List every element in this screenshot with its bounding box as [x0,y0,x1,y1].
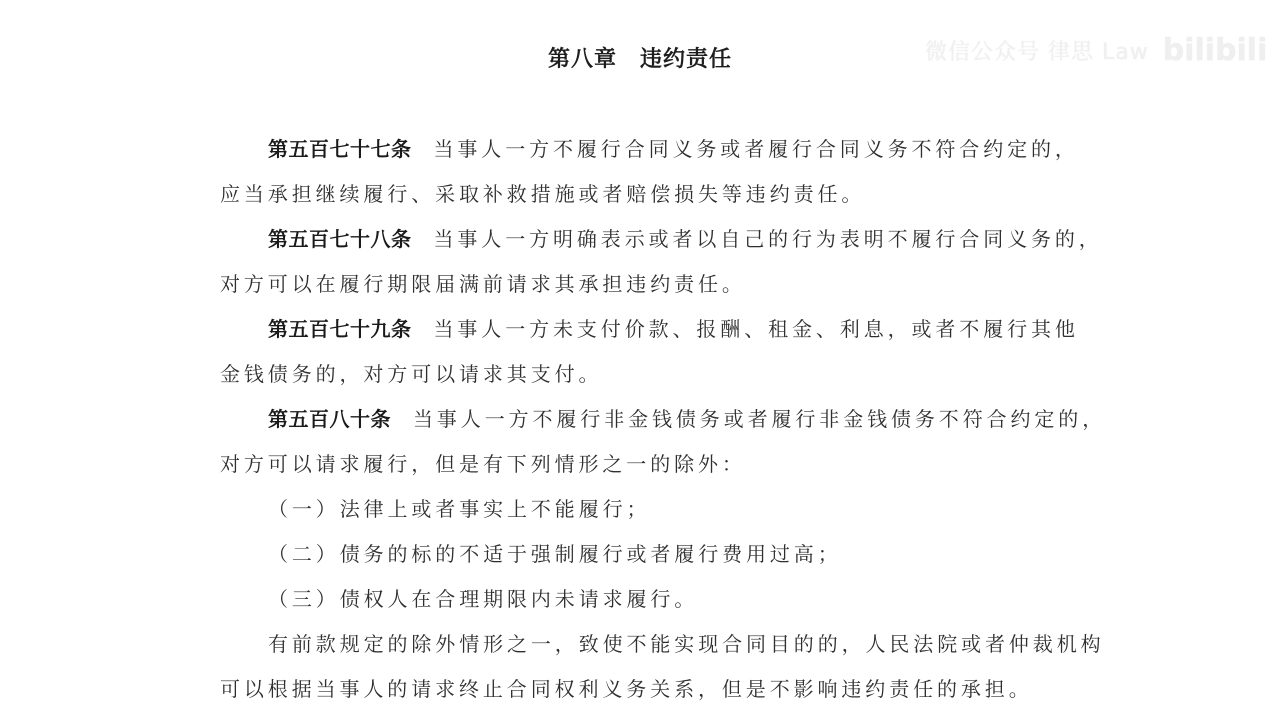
article-580-item-3: （三）债权人在合理期限内未请求履行。 [220,577,1070,622]
document-body: 第五百七十七条当事人一方不履行合同义务或者履行合同义务不符合约定的， 应当承担继… [220,127,1070,712]
list-item: （三）债权人在合理期限内未请求履行。 [268,587,698,611]
article-text: 应当承担继续履行、采取补救措施或者赔偿损失等违约责任。 [220,182,865,206]
article-text: 有前款规定的除外情形之一，致使不能实现合同目的的，人民法院或者仲裁机构 [268,632,1105,656]
article-number: 第五百七十八条 [268,227,412,251]
article-577-line-2: 应当承担继续履行、采取补救措施或者赔偿损失等违约责任。 [220,172,1070,217]
article-578-line-1: 第五百七十八条当事人一方明确表示或者以自己的行为表明不履行合同义务的， [220,217,1070,262]
article-578-line-2: 对方可以在履行期限届满前请求其承担违约责任。 [220,262,1070,307]
article-579-line-2: 金钱债务的，对方可以请求其支付。 [220,352,1070,397]
article-580-closing-line-2: 可以根据当事人的请求终止合同权利义务关系，但是不影响违约责任的承担。 [220,667,1070,712]
article-580-closing-line-1: 有前款规定的除外情形之一，致使不能实现合同目的的，人民法院或者仲裁机构 [220,622,1070,667]
article-number: 第五百七十七条 [268,137,412,161]
article-577-line-1: 第五百七十七条当事人一方不履行合同义务或者履行合同义务不符合约定的， [220,127,1070,172]
list-item: （一）法律上或者事实上不能履行； [268,497,650,521]
article-text: 可以根据当事人的请求终止合同权利义务关系，但是不影响违约责任的承担。 [220,677,1033,701]
article-number: 第五百七十九条 [268,317,412,341]
article-text: 当事人一方不履行合同义务或者履行合同义务不符合约定的， [434,137,1079,161]
article-text: 对方可以请求履行，但是有下列情形之一的除外： [220,452,746,476]
list-item: （二）债务的标的不适于强制履行或者履行费用过高； [268,542,842,566]
article-text: 金钱债务的，对方可以请求其支付。 [220,362,602,386]
article-580-line-1: 第五百八十条当事人一方不履行非金钱债务或者履行非金钱债务不符合约定的， [220,397,1070,442]
article-579-line-1: 第五百七十九条当事人一方未支付价款、报酬、租金、利息，或者不履行其他 [220,307,1070,352]
article-text: 当事人一方未支付价款、报酬、租金、利息，或者不履行其他 [434,317,1079,341]
article-580-item-2: （二）债务的标的不适于强制履行或者履行费用过高； [220,532,1070,577]
article-text: 当事人一方明确表示或者以自己的行为表明不履行合同义务的， [434,227,1103,251]
article-text: 当事人一方不履行非金钱债务或者履行非金钱债务不符合约定的， [413,407,1106,431]
article-580-item-1: （一）法律上或者事实上不能履行； [220,487,1070,532]
article-number: 第五百八十条 [268,407,391,431]
article-580-line-2: 对方可以请求履行，但是有下列情形之一的除外： [220,442,1070,487]
chapter-title: 第八章 违约责任 [0,42,1280,73]
article-text: 对方可以在履行期限届满前请求其承担违约责任。 [220,272,746,296]
